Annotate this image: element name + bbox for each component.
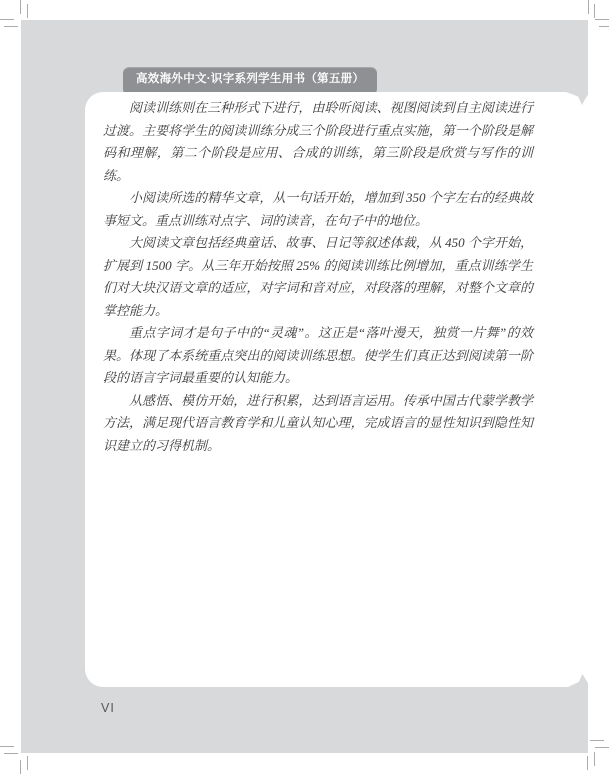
- paragraph-learning-mechanism: 从感悟、模仿开始，进行积累，达到语言运用。传承中国古代蒙学教学方法，满足现代语言…: [103, 390, 533, 458]
- crop-mark: [0, 19, 14, 20]
- series-title-text: 高效海外中文·识字系列学生用书（第五册）: [136, 74, 364, 89]
- paragraph-large-reading: 大阅读文章包括经典童话、故事、日记等叙述体裁，从 450 个字开始，扩展到 15…: [103, 232, 533, 322]
- crop-mark: [4, 753, 18, 754]
- crop-mark: [20, 0, 21, 14]
- crop-mark: [595, 747, 609, 748]
- crop-mark: [587, 756, 588, 770]
- paragraph-key-words: 重点字词才是句子中的“灵魂”。这正是“落叶漫天，独赏一片舞”的效果。体现了本系统…: [103, 322, 533, 390]
- crop-mark: [27, 4, 28, 18]
- crop-mark: [4, 26, 18, 27]
- crop-mark: [0, 746, 14, 747]
- crop-mark: [595, 19, 609, 20]
- crop-mark: [590, 740, 604, 741]
- crop-mark: [588, 0, 589, 14]
- body-text: 阅读训练则在三种形式下进行，由聆听阅读、视图阅读到自主阅读进行过渡。主要将学生的…: [103, 97, 533, 457]
- crop-mark: [27, 756, 28, 770]
- crop-mark: [594, 4, 595, 18]
- series-title-badge: 高效海外中文·识字系列学生用书（第五册）: [123, 67, 377, 95]
- crop-mark: [594, 752, 595, 766]
- paragraph-small-reading: 小阅读所选的精华文章，从一句话开始，增加到 350 个字左右的经典故事短文。重点…: [103, 187, 533, 232]
- paragraph-reading-training: 阅读训练则在三种形式下进行，由聆听阅读、视图阅读到自主阅读进行过渡。主要将学生的…: [103, 97, 533, 187]
- crop-mark: [20, 760, 21, 774]
- page-number: VI: [101, 701, 115, 715]
- book-page: 高效海外中文·识字系列学生用书（第五册） 阅读训练则在三种形式下进行，由聆听阅读…: [0, 0, 609, 774]
- crop-mark: [599, 26, 609, 27]
